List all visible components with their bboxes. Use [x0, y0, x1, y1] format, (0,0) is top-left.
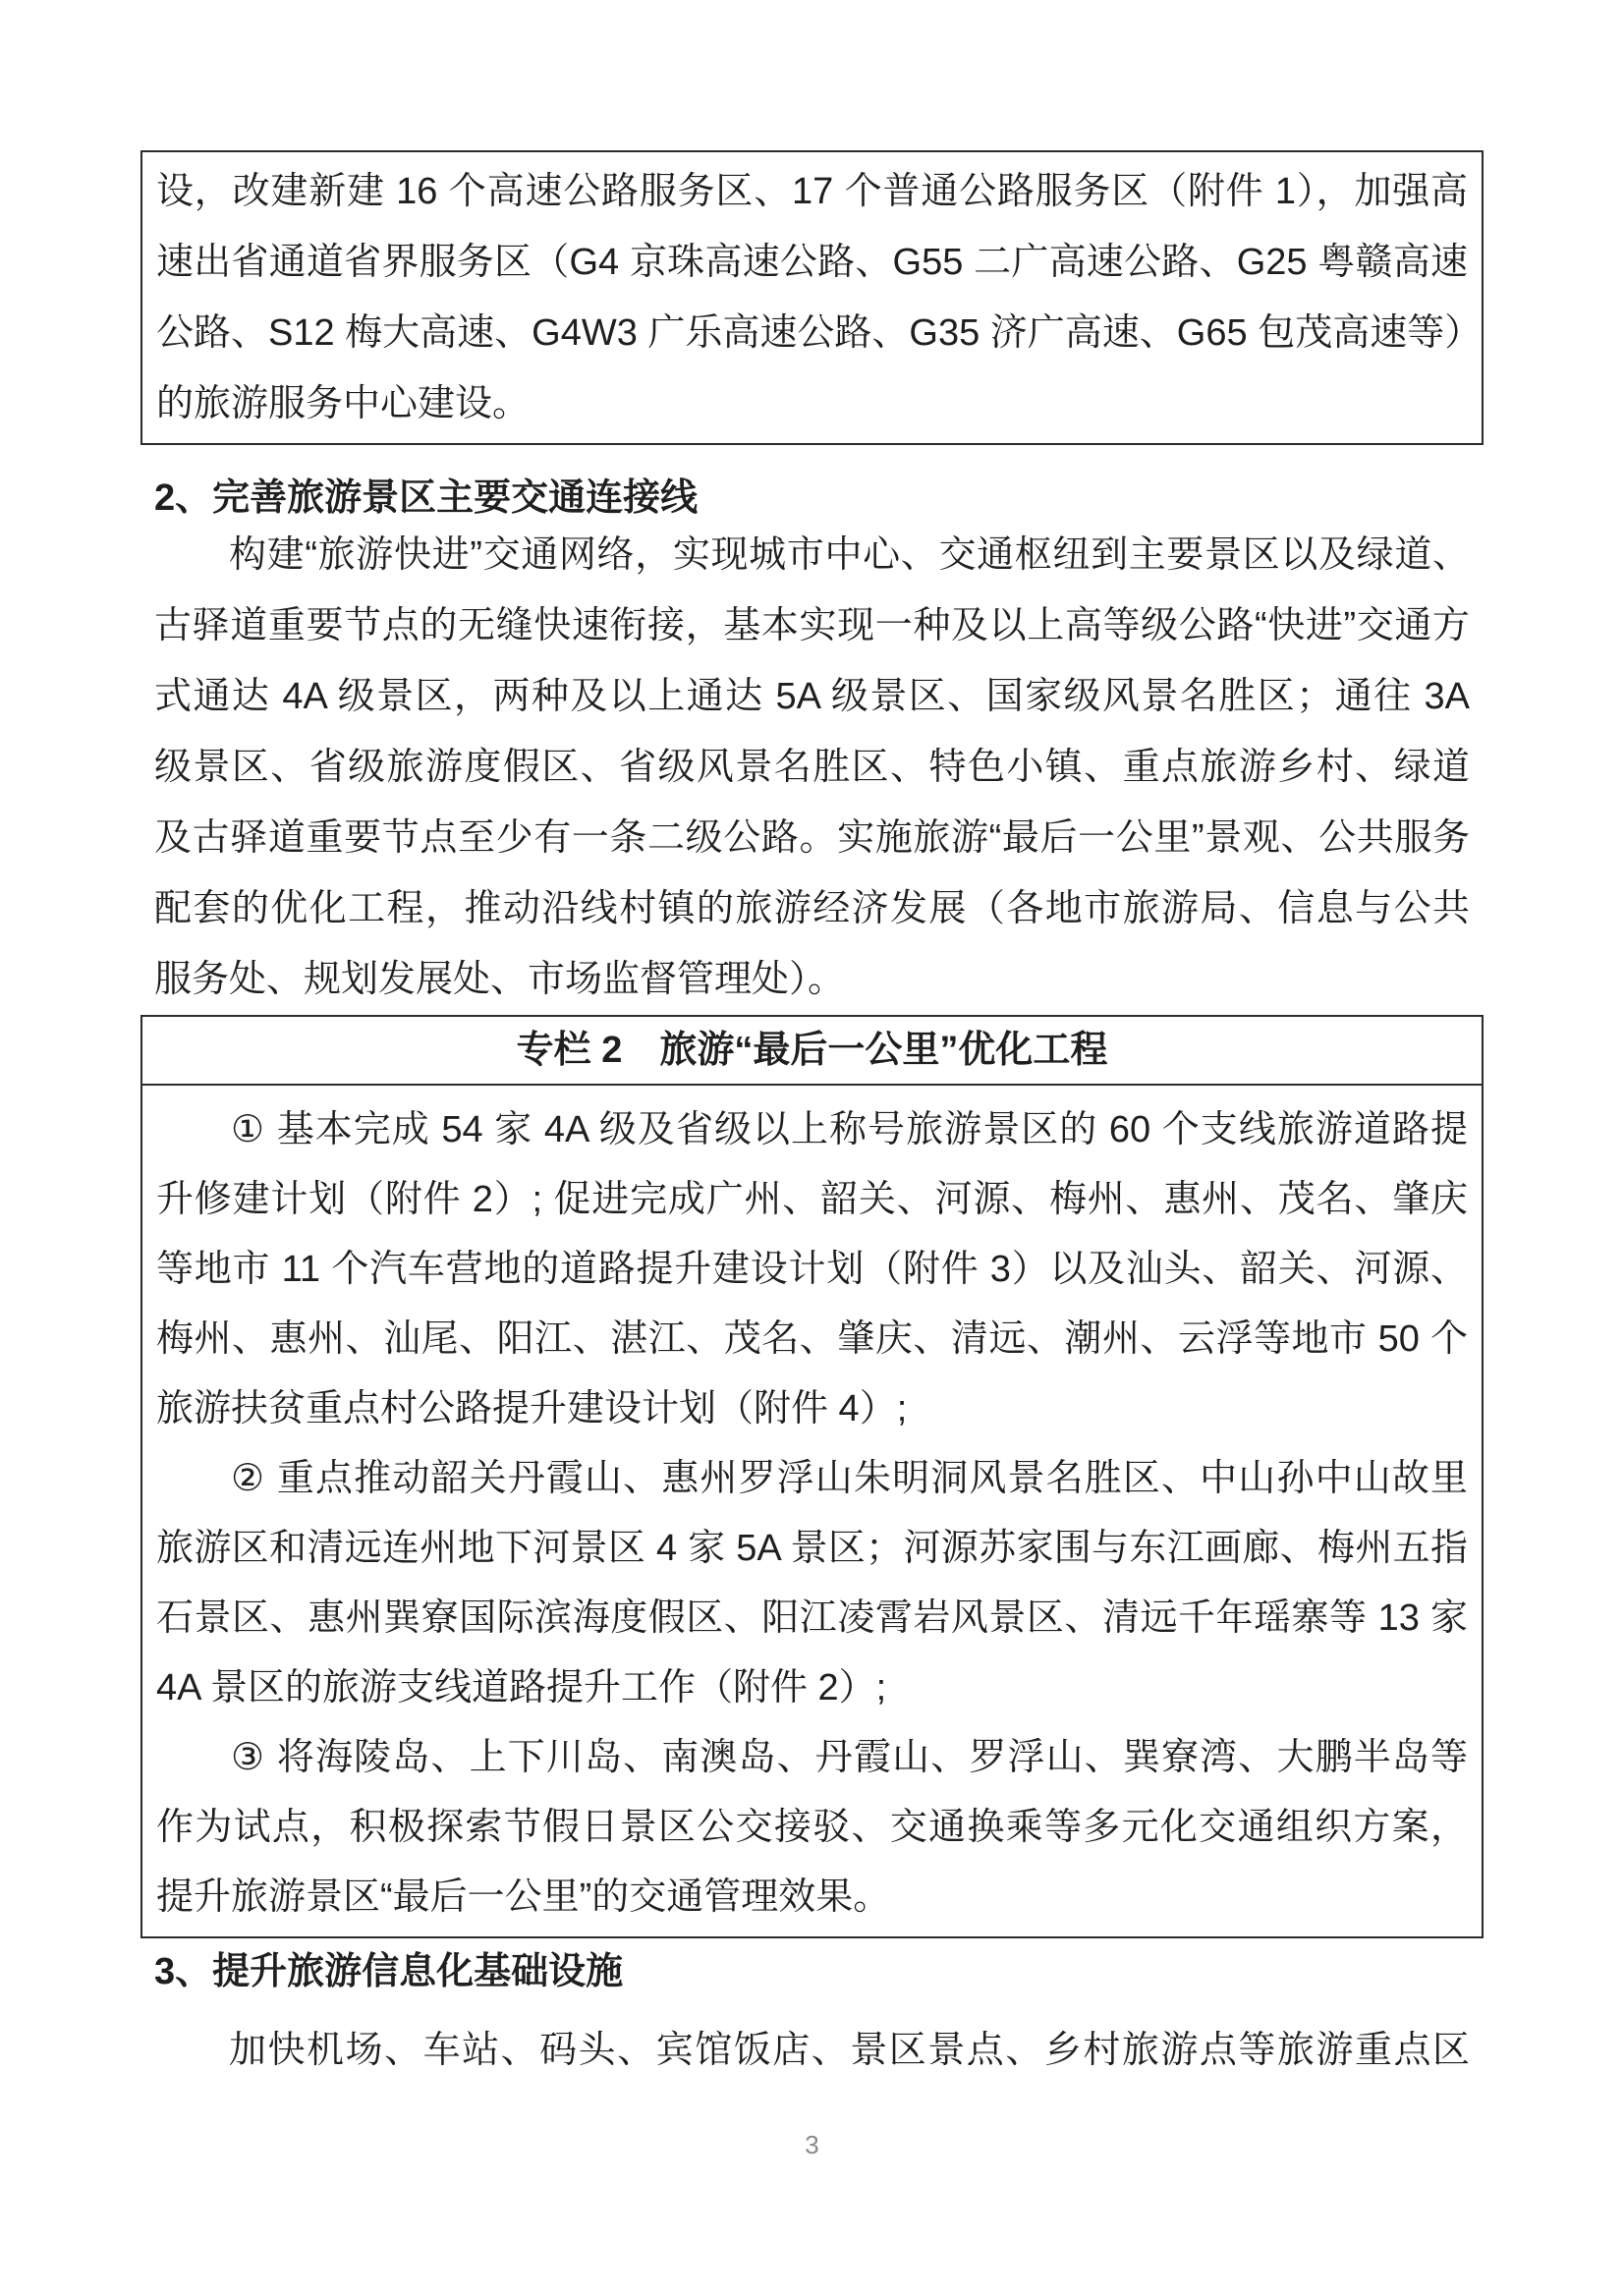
- text-line: 古驿道重要节点的无缝快速衔接，基本实现一种及以上高等级公路“快进”交通方: [154, 590, 1470, 661]
- column-2-box-title: 专栏 2 旅游“最后一公里”优化工程: [142, 1017, 1482, 1086]
- section-3-paragraph: 加快机场、车站、码头、宾馆饭店、景区景点、乡村旅游点等旅游重点区: [154, 2015, 1470, 2086]
- text-line: 公路、S12 梅大高速、G4W3 广乐高速公路、G35 济广高速、G65 包茂高…: [156, 298, 1468, 368]
- text-line: 等地市 11 个汽车营地的道路提升建设计划（附件 3）以及汕头、韶关、河源、: [156, 1235, 1468, 1305]
- text-line: ③ 将海陵岛、上下川岛、南澳岛、丹霞山、罗浮山、巽寮湾、大鹏半岛等: [156, 1723, 1468, 1793]
- text-line: 梅州、惠州、汕尾、阳江、湛江、茂名、肇庆、清远、潮州、云浮等地市 50 个: [156, 1305, 1468, 1374]
- text-line: 作为试点，积极探索节假日景区公交接驳、交通换乘等多元化交通组织方案，: [156, 1793, 1468, 1863]
- text-line: 式通达 4A 级景区，两种及以上通达 5A 级景区、国家级风景名胜区；通往 3A: [154, 661, 1470, 732]
- text-line: 升修建计划（附件 2）; 促进完成广州、韶关、河源、梅州、惠州、茂名、肇庆: [156, 1165, 1468, 1235]
- text-line: 旅游扶贫重点村公路提升建设计划（附件 4）;: [156, 1374, 1468, 1444]
- text-line: 旅游区和清远连州地下河景区 4 家 5A 景区；河源苏家围与东江画廊、梅州五指: [156, 1514, 1468, 1584]
- section-2-paragraph: 构建“旅游快进”交通网络，实现城市中心、交通枢纽到主要景区以及绿道、古驿道重要节…: [154, 520, 1470, 1015]
- text-line: 服务处、规划发展处、市场监督管理处）。: [154, 944, 1470, 1015]
- text-line: 加快机场、车站、码头、宾馆饭店、景区景点、乡村旅游点等旅游重点区: [154, 2015, 1470, 2086]
- text-line: 配套的优化工程，推动沿线村镇的旅游经济发展（各地市旅游局、信息与公共: [154, 873, 1470, 944]
- column-2-box-body: ① 基本完成 54 家 4A 级及省级以上称号旅游景区的 60 个支线旅游道路提…: [142, 1086, 1482, 1936]
- text-line: ① 基本完成 54 家 4A 级及省级以上称号旅游景区的 60 个支线旅游道路提: [156, 1095, 1468, 1165]
- text-line: 构建“旅游快进”交通网络，实现城市中心、交通枢纽到主要景区以及绿道、: [154, 520, 1470, 590]
- document-page: 设，改建新建 16 个高速公路服务区、17 个普通公路服务区（附件 1），加强高…: [0, 0, 1624, 2296]
- column-2-box: 专栏 2 旅游“最后一公里”优化工程 ① 基本完成 54 家 4A 级及省级以上…: [140, 1015, 1484, 1938]
- continued-column-box: 设，改建新建 16 个高速公路服务区、17 个普通公路服务区（附件 1），加强高…: [140, 150, 1484, 445]
- text-line: 速出省通道省界服务区（G4 京珠高速公路、G55 二广高速公路、G25 粤赣高速: [156, 227, 1468, 298]
- text-line: 设，改建新建 16 个高速公路服务区、17 个普通公路服务区（附件 1），加强高: [156, 156, 1468, 227]
- text-line: ② 重点推动韶关丹霞山、惠州罗浮山朱明洞风景名胜区、中山孙中山故里: [156, 1444, 1468, 1514]
- continued-column-box-lines: 设，改建新建 16 个高速公路服务区、17 个普通公路服务区（附件 1），加强高…: [156, 156, 1468, 439]
- section-2-heading: 2、完善旅游景区主要交通连接线: [154, 476, 1470, 520]
- section-3-heading: 3、提升旅游信息化基础设施: [154, 1950, 1470, 1993]
- text-line: 石景区、惠州巽寮国际滨海度假区、阳江凌霄岩风景区、清远千年瑶寨等 13 家: [156, 1584, 1468, 1653]
- text-line: 的旅游服务中心建设。: [156, 368, 1468, 439]
- page-number: 3: [0, 2130, 1624, 2159]
- text-line: 4A 景区的旅游支线道路提升工作（附件 2）;: [156, 1653, 1468, 1723]
- text-line: 提升旅游景区“最后一公里”的交通管理效果。: [156, 1863, 1468, 1932]
- text-line: 级景区、省级旅游度假区、省级风景名胜区、特色小镇、重点旅游乡村、绿道: [154, 732, 1470, 803]
- text-line: 及古驿道重要节点至少有一条二级公路。实施旅游“最后一公里”景观、公共服务: [154, 803, 1470, 873]
